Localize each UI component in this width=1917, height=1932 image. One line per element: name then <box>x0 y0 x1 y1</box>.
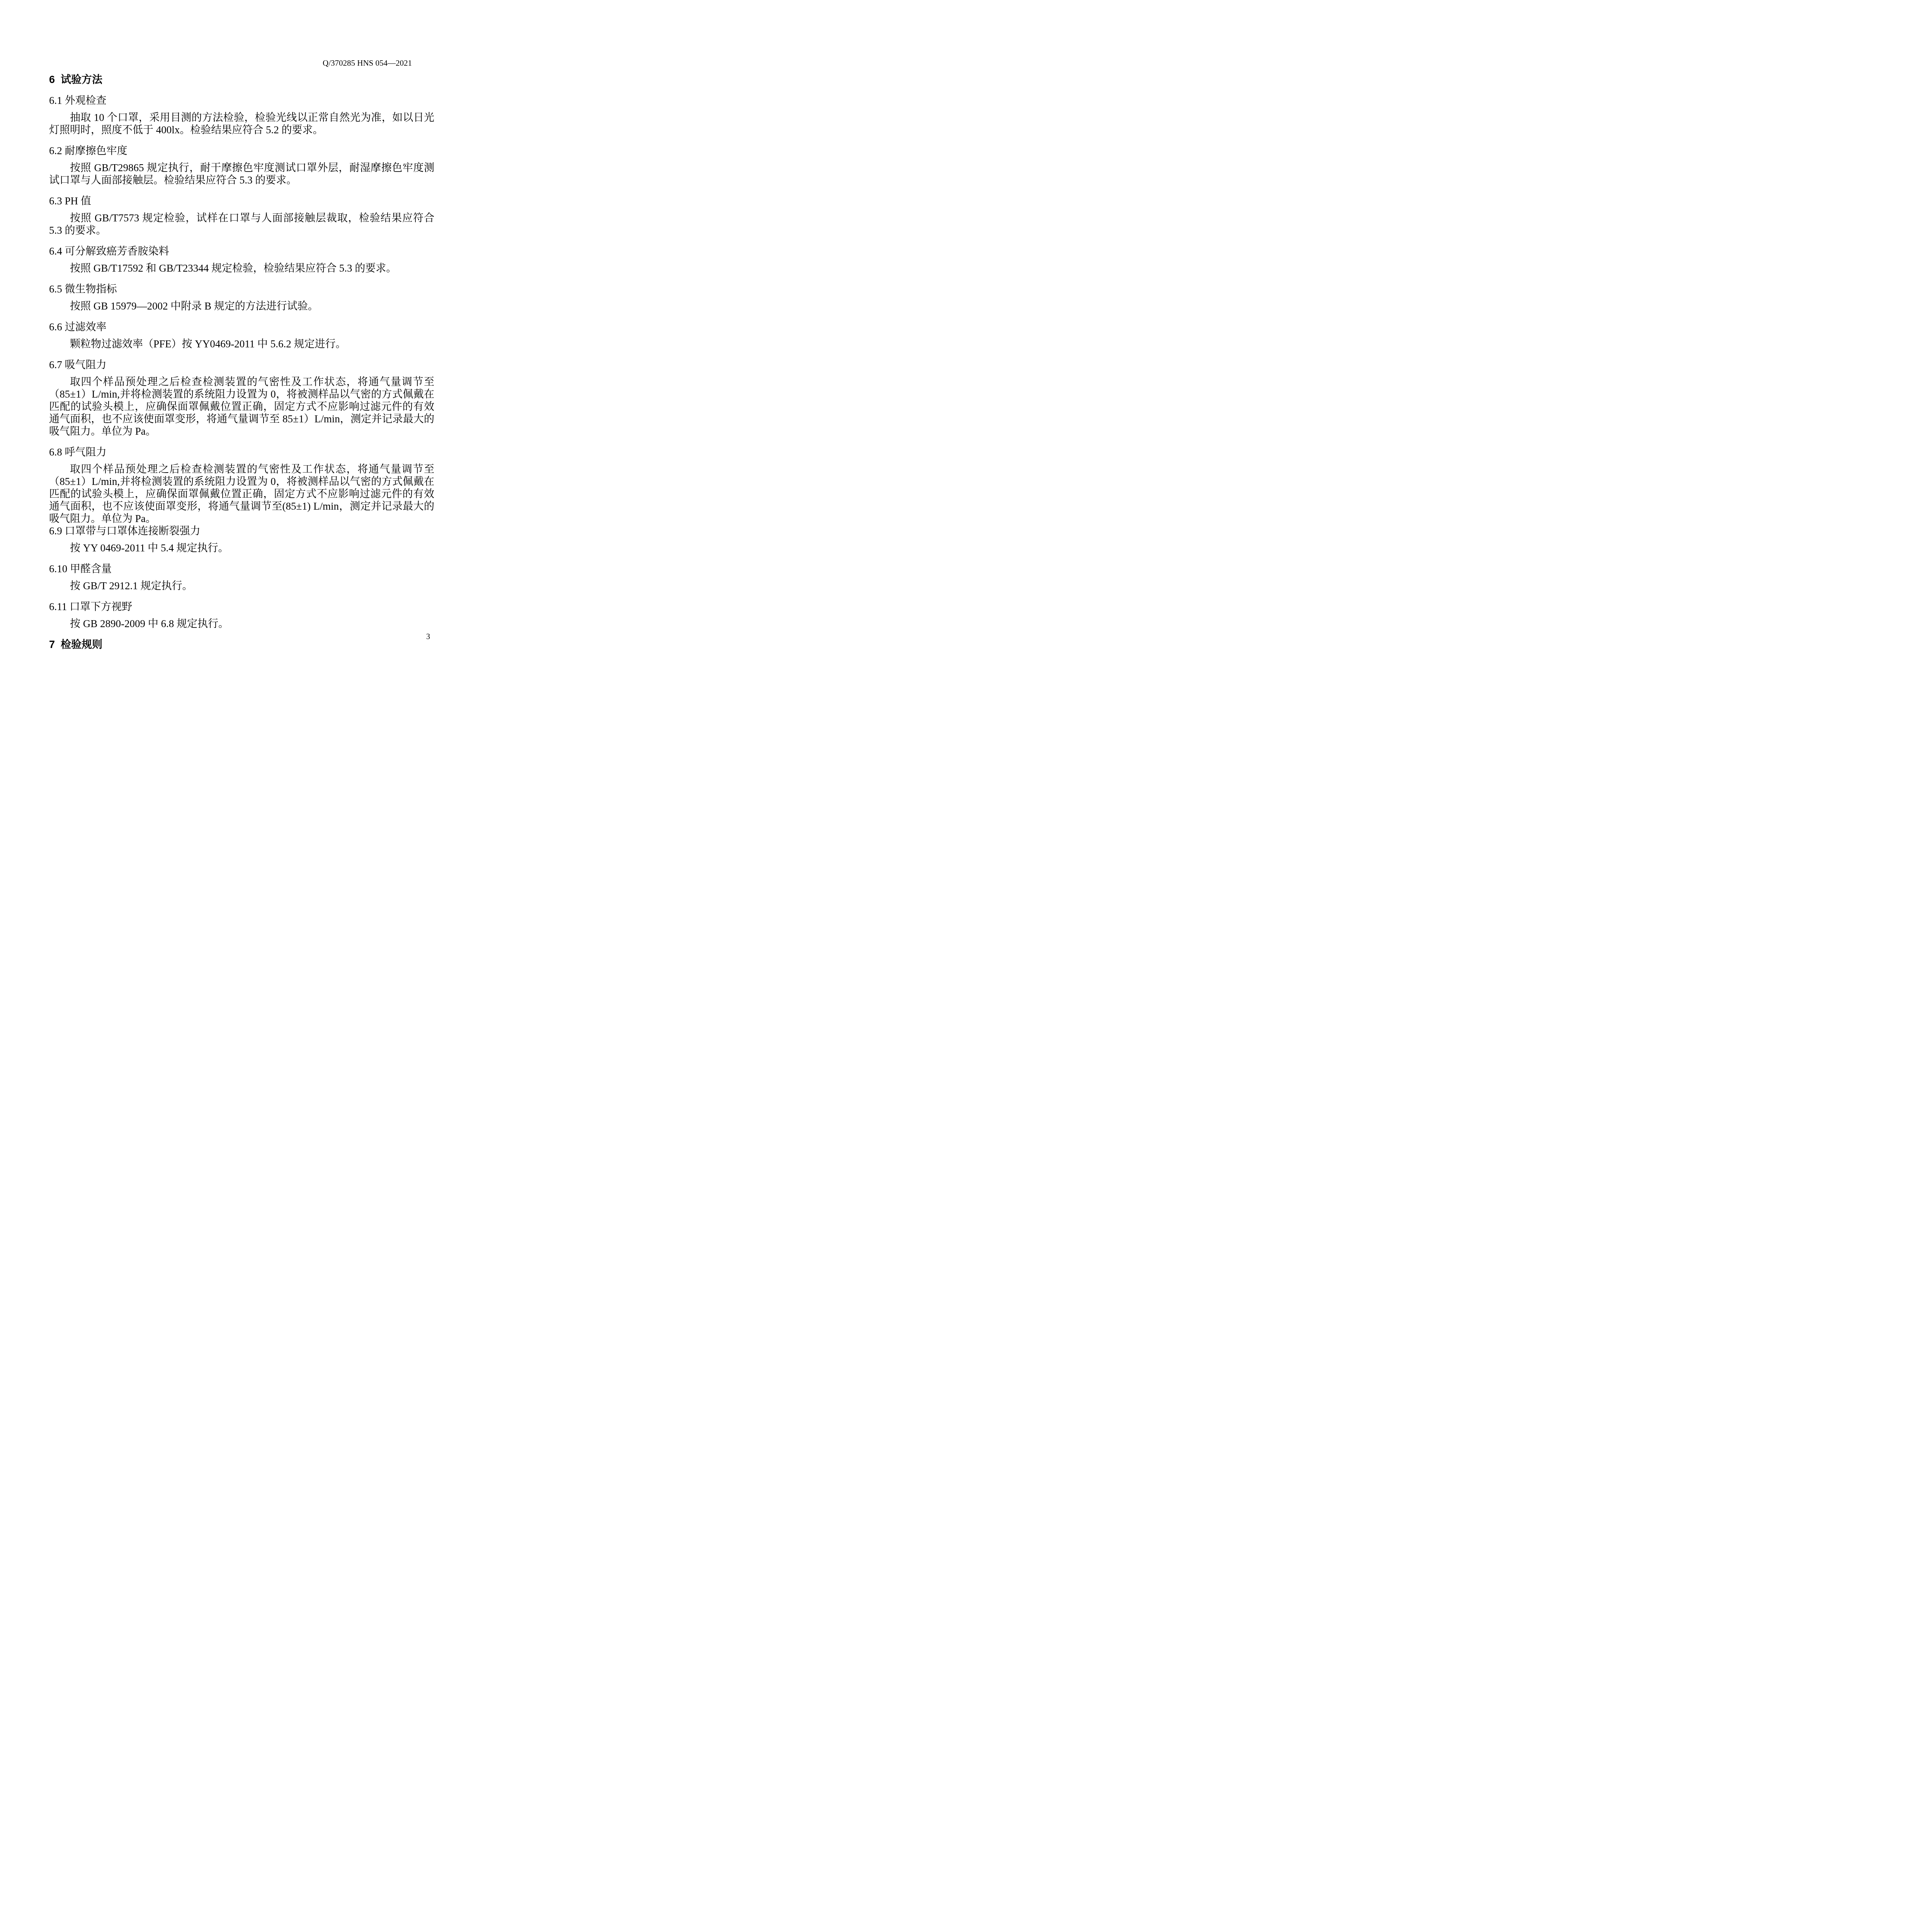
subsection-heading: 6.1 外观检查 <box>49 94 434 107</box>
document-body: 6 试验方法6.1 外观检查抽取 10 个口罩，采用目测的方法检验，检验光线以正… <box>49 73 434 651</box>
page-number: 3 <box>426 632 430 641</box>
subsection-heading: 6.4 可分解致癌芳香胺染料 <box>49 245 434 257</box>
paragraph: 取四个样品预处理之后检查检测装置的气密性及工作状态，将通气量调节至（85±1）L… <box>49 463 434 525</box>
subsection-heading: 6.7 吸气阻力 <box>49 359 434 371</box>
paragraph: 按照 GB/T7573 规定检验，试样在口罩与人面部接触层裁取，检验结果应符合 … <box>49 212 434 236</box>
subsection-heading: 6.3 PH 值 <box>49 195 434 207</box>
subsection-heading: 6.5 微生物指标 <box>49 283 434 295</box>
subsection-heading: 6.6 过滤效率 <box>49 321 434 333</box>
paragraph: 按 YY 0469-2011 中 5.4 规定执行。 <box>49 542 434 554</box>
subsection-heading: 6.11 口罩下方视野 <box>49 600 434 613</box>
subsection-heading: 6.8 呼气阻力 <box>49 446 434 458</box>
document-code-header: Q/370285 HNS 054—2021 <box>49 58 434 68</box>
section-heading: 7 检验规则 <box>49 638 434 651</box>
subsection-heading: 6.9 口罩带与口罩体连接断裂强力 <box>49 525 434 537</box>
paragraph: 颗粒物过滤效率（PFE）按 YY0469-2011 中 5.6.2 规定进行。 <box>49 338 434 350</box>
paragraph: 按 GB 2890-2009 中 6.8 规定执行。 <box>49 617 434 630</box>
subsection-heading: 6.2 耐摩擦色牢度 <box>49 145 434 157</box>
subsection-heading: 6.10 甲醛含量 <box>49 563 434 575</box>
paragraph: 取四个样品预处理之后检查检测装置的气密性及工作状态，将通气量调节至（85±1）L… <box>49 376 434 437</box>
paragraph: 抽取 10 个口罩，采用目测的方法检验，检验光线以正常自然光为准，如以日光灯照明… <box>49 111 434 136</box>
section-heading: 6 试验方法 <box>49 73 434 86</box>
paragraph: 按照 GB 15979—2002 中附录 B 规定的方法进行试验。 <box>49 300 434 312</box>
paragraph: 按 GB/T 2912.1 规定执行。 <box>49 580 434 592</box>
paragraph: 按照 GB/T17592 和 GB/T23344 规定检验，检验结果应符合 5.… <box>49 262 434 274</box>
paragraph: 按照 GB/T29865 规定执行，耐干摩擦色牢度测试口罩外层，耐湿摩擦色牢度测… <box>49 162 434 186</box>
document-page: Q/370285 HNS 054—2021 6 试验方法6.1 外观检查抽取 1… <box>0 0 479 678</box>
